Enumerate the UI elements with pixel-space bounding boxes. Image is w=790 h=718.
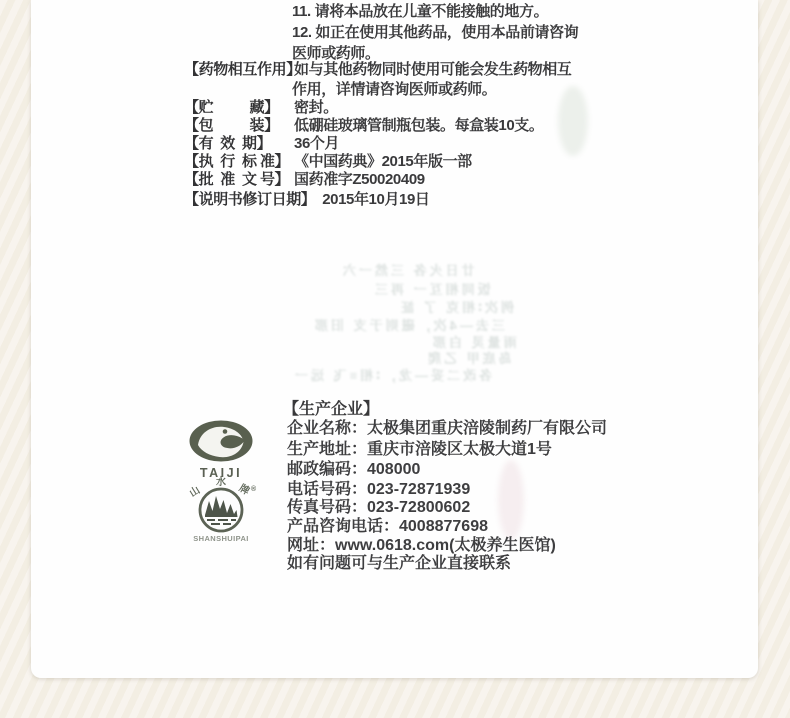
spec-value: 2015年10月19日 — [322, 191, 429, 208]
spec-row-validity: 【有 效 期】 36个月 — [184, 134, 271, 153]
note-line: 12. 如正在使用其他药品，使用本品前请咨询 — [292, 23, 578, 42]
leaflet-paper: 11. 请将本品放在儿童不能接触的地方。 12. 如正在使用其他药品，使用本品前… — [31, 0, 758, 678]
bleed-through-line: 例次∶相克 了 証 — [398, 297, 514, 316]
taiji-logo: TAIJI — [188, 420, 254, 480]
spec-label: 【包 装】 — [184, 117, 279, 134]
spec-label: 【说明书修订日期】 — [184, 191, 315, 208]
spec-value: 《中国药典》2015年版一部 — [294, 152, 472, 171]
spec-label: 【有 效 期】 — [184, 135, 271, 152]
spec-value: 密封。 — [294, 98, 338, 117]
bleed-through-line: 各改二妥—龙，∶相≡飞 远一 — [292, 365, 492, 384]
spec-label: 【药物相互作用】 — [184, 61, 301, 78]
spec-value: 如与其他药物同时使用可能会发生药物相互 — [294, 60, 571, 79]
spec-row-revision-date: 【说明书修订日期】 2015年10月19日 — [184, 190, 430, 209]
shanshui-logo: 山 水 牌 ® SHANSHUIPAI — [181, 472, 261, 550]
spec-row-packaging: 【包 装】 低硼硅玻璃管制瓶包装。每盒装10支。 — [184, 116, 279, 135]
spec-value: 国药准字Z50020409 — [294, 170, 425, 189]
spec-row-drug-interaction: 【药物相互作用】 如与其他药物同时使用可能会发生药物相互 — [184, 60, 301, 79]
spec-value: 低硼硅玻璃管制瓶包装。每盒装10支。 — [294, 116, 544, 135]
bleed-through-line: 廿日火各 三然一六 — [340, 260, 475, 279]
spec-label: 【执 行 标 准】 — [184, 153, 289, 170]
taiji-swirl-icon — [189, 420, 253, 462]
company-field-name: 企业名称：太极集团重庆涪陵制药厂有限公司 — [287, 415, 607, 438]
spec-label: 【贮 藏】 — [184, 99, 279, 116]
registered-mark: ® — [251, 486, 256, 493]
company-field-contact-note: 如有问题可与生产企业直接联系 — [287, 550, 511, 573]
spec-row-standard: 【执 行 标 准】 《中国药典》2015年版一部 — [184, 152, 289, 171]
spec-label: 【批 准 文 号】 — [184, 171, 289, 188]
mountain-water-icon — [197, 486, 245, 534]
spec-row-approval-number: 【批 准 文 号】 国药准字Z50020409 — [184, 170, 289, 189]
bleed-through-line: 饭同相互一 再三 — [372, 279, 491, 298]
note-line: 11. 请将本品放在儿童不能接触的地方。 — [292, 2, 548, 21]
scan-artifact — [558, 86, 588, 156]
spec-value: 36个月 — [294, 134, 339, 153]
scan-artifact — [498, 460, 524, 540]
spec-row-storage: 【贮 藏】 密封。 — [184, 98, 279, 117]
spec-value-continuation: 作用，详情请咨询医师或药师。 — [292, 80, 496, 99]
shanshui-wordmark: SHANSHUIPAI — [181, 534, 261, 543]
